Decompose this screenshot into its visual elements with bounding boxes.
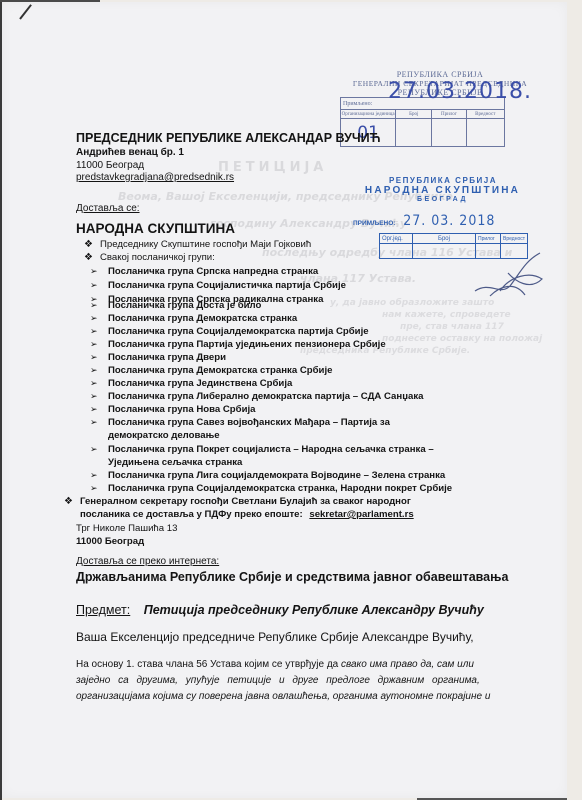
- subject-label: Предмет:: [76, 603, 130, 617]
- arrow-bullet-icon: ➢: [90, 365, 108, 376]
- institution-heading: НАРОДНА СКУПШТИНА: [76, 221, 235, 236]
- list-item: ➢Посланичка група Српска напредна странк…: [90, 266, 318, 277]
- body-paragraph-line-2: заједно са другима, упућује петиције и д…: [76, 673, 480, 689]
- diamond-bullet-icon: ❖: [84, 239, 100, 250]
- arrow-bullet-icon: ➢: [90, 378, 108, 389]
- list-item: ➢Посланичка група Покрет социјалиста – Н…: [90, 444, 434, 455]
- arrow-bullet-icon: ➢: [90, 404, 108, 415]
- list-item-continuation: Уједињена сељачка странка: [108, 457, 242, 468]
- arrow-bullet-icon: ➢: [90, 266, 108, 277]
- list-item-continuation: демократско деловање: [108, 430, 220, 441]
- salutation: Ваша Екселенцијо председниче Републике С…: [76, 630, 474, 644]
- list-item: ➢Посланичка група Јединствена Србија: [90, 378, 292, 389]
- secretary-email-link[interactable]: sekretar@parlament.rs: [309, 509, 413, 520]
- list-item: ➢Посланичка група Демократска странка: [90, 313, 297, 324]
- list-item: ➢Посланичка група Социјалдемократска стр…: [90, 483, 452, 494]
- arrow-bullet-icon: ➢: [90, 313, 108, 324]
- arrow-bullet-icon: ➢: [90, 300, 108, 311]
- secretary-item: ❖Генералном секретару госпођи Светлани Б…: [64, 496, 411, 507]
- secretary-item-continuation: посланика се доставља у ПДФу преко епошт…: [80, 509, 414, 520]
- arrow-bullet-icon: ➢: [90, 483, 108, 494]
- assembly-street: Трг Николе Пашића 13: [76, 523, 177, 534]
- list-item: ❖Свакој посланичкој групи:: [84, 252, 215, 263]
- diamond-bullet-icon: ❖: [64, 496, 80, 507]
- recipient-city: 11000 Београд: [76, 160, 144, 171]
- body-paragraph-line-1: На основу 1. става члана 56 Устава којим…: [76, 657, 474, 673]
- list-item: ➢Посланичка група Лига социјалдемократа …: [90, 470, 445, 481]
- handwritten-date: 27.03.2018.: [388, 79, 532, 104]
- list-item: ➢Посланичка група Нова Србија: [90, 404, 256, 415]
- body-paragraph-line-3: организацијама којима су поверена јавна …: [76, 689, 490, 705]
- delivery-label: Достављa се:: [76, 203, 140, 214]
- list-item: ➢Посланичка група Либерално демократска …: [90, 391, 423, 402]
- list-item: ➢Посланичка група Демократска странка Ср…: [90, 365, 332, 376]
- subject-text: Петиција председнику Републике Александр…: [144, 603, 484, 617]
- assembly-received-stamp: РЕПУБЛИКА СРБИЈА НАРОДНА СКУПШТИНА БЕОГР…: [355, 176, 565, 259]
- list-item: ➢Посланичка група Двери: [90, 352, 226, 363]
- signature-icon: [470, 251, 545, 301]
- arrow-bullet-icon: ➢: [90, 470, 108, 481]
- list-item: ➢Посланичка група Социјалдемократска пар…: [90, 326, 369, 337]
- received-date: 27. 03. 2018: [403, 213, 495, 229]
- arrow-bullet-icon: ➢: [90, 352, 108, 363]
- list-item: ➢Посланичка група Партија уједињених пен…: [90, 339, 386, 350]
- assembly-city: 11000 Београд: [76, 536, 144, 547]
- list-item: ➢Посланичка група Савез војвођанских Мађ…: [90, 417, 390, 428]
- list-item: ➢Посланичка група Доста је било: [90, 300, 261, 311]
- list-item: ❖Председнику Скупштине госпођи Маји Гојк…: [84, 239, 311, 250]
- internet-label: Доставља се преко интернета:: [76, 556, 219, 567]
- arrow-bullet-icon: ➢: [90, 280, 108, 291]
- arrow-bullet-icon: ➢: [90, 444, 108, 455]
- recipient-street: Андрићев венац бр. 1: [76, 147, 184, 158]
- arrow-bullet-icon: ➢: [90, 417, 108, 428]
- subject-line: Предмет: Петиција председнику Републике …: [76, 603, 484, 617]
- list-item: ➢Посланичка група Социјалистичка партија…: [90, 280, 346, 291]
- arrow-bullet-icon: ➢: [90, 391, 108, 402]
- arrow-bullet-icon: ➢: [90, 339, 108, 350]
- ghost-title: ПЕТИЦИЈА: [218, 160, 327, 175]
- arrow-bullet-icon: ➢: [90, 326, 108, 337]
- internet-recipients: Држављанима Републике Србије и средствим…: [76, 570, 508, 584]
- diamond-bullet-icon: ❖: [84, 252, 100, 263]
- recipient-name: ПРЕДСЕДНИК РЕПУБЛИКЕ АЛЕКСАНДАР ВУЧИЋ: [76, 131, 381, 145]
- recipient-email-link[interactable]: predstavkegradjana@predsednik.rs: [76, 172, 234, 183]
- scan-edge-top: [0, 0, 100, 2]
